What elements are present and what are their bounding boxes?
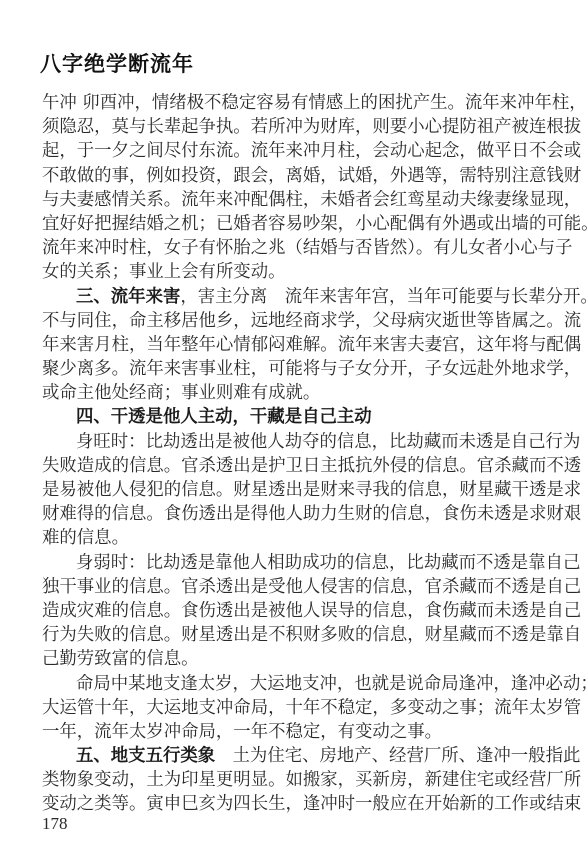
text-line: 或命主他处经商；事业则难有成就。 [42,381,568,405]
section-heading-three: 三、流年来害，害主分离 流年来害年宫，当年可能要与长辈分开。 [42,285,568,309]
text-line: 财难得的信息。食伤透出是得他人助力生财的信息，食伤未透是求财艰 [42,502,568,526]
text-line: 午冲 卯酉冲，情绪极不稳定容易有情感上的困扰产生。流年来冲年柱， [42,91,568,115]
text-line: 起，于一夕之间尽付东流。流年来冲月柱，会动心起念，做平日不会或 [42,139,568,163]
text-line: 须隐忍，莫与长辈起争执。若所冲为财库，则要小心提防祖产被连根拔 [42,115,568,139]
text-line: 一年，流年太岁冲命局，一年不稳定，有变动之事。 [42,720,568,744]
text-line: 不敢做的事，例如投资，跟会，离婚，试婚，外遇等，需特别注意钱财 [42,164,568,188]
text-line: 聚少离多。流年来害事业柱，可能将与子女分开，子女远赴外地求学， [42,357,568,381]
text-line: 失败造成的信息。官杀透出是护卫日主抵抗外侵的信息。官杀藏而不透 [42,454,568,478]
text-line: 女的关系；事业上会有所变动。 [42,260,568,284]
text-line: 流年来冲时柱，女子有怀胎之兆（结婚与否皆然）。有儿女者小心与子 [42,236,568,260]
text-line: 难的信息。 [42,526,568,550]
text-line: 变动之类等。寅申巳亥为四长生，逢冲时一般应在开始新的工作或结束 [42,792,568,816]
text-line: 独干事业的信息。官杀透出是受他人侵害的信息，官杀藏而不透是自己 [42,575,568,599]
section-heading-four: 四、干透是他人主动，干藏是自己主动 [42,405,568,429]
page-number: 178 [42,814,68,834]
text-line: 与夫妻感情关系。流年来冲配偶柱，未婚者会红鸾星动夫缘妻缘显现， [42,188,568,212]
page-title: 八字绝学断流年 [40,48,194,78]
section-text: ，害主分离 流年来害年宫，当年可能要与长辈分开。 [180,287,587,307]
text-line: 身旺时：比劫透出是被他人劫夺的信息，比劫藏而未透是自己行为 [42,430,568,454]
section-text: 土为住宅、房地产、经营厂所、逢冲一般指此 [215,746,580,766]
text-line: 宜好好把握结婚之机；已婚者容易吵架，小心配偶有外遇或出墙的可能。 [42,212,568,236]
text-line: 身弱时：比劫透是靠他人相助成功的信息，比劫藏而不透是靠自己 [42,551,568,575]
section-title: 五、地支五行类象 [76,746,215,766]
text-line: 类物象变动，土为印星更明显。如搬家，买新房，新建住宅或经营厂所 [42,768,568,792]
section-title: 四、干透是他人主动，干藏是自己主动 [76,407,372,427]
text-line: 造成灾难的信息。食伤透出是被他人误导的信息，食伤藏而未透是自己 [42,599,568,623]
text-line: 年来害月柱，当年整年心情郁闷难解。流年来害夫妻宫，这年将与配偶 [42,333,568,357]
text-line: 行为失败的信息。财星透出是不积财多败的信息，财星藏而不透是靠自 [42,623,568,647]
text-line: 不与同住，命主移居他乡，远地经商求学，父母病灾逝世等皆属之。流 [42,309,568,333]
section-heading-five: 五、地支五行类象 土为住宅、房地产、经营厂所、逢冲一般指此 [42,744,568,768]
text-line: 是易被他人侵犯的信息。财星透出是财来寻我的信息，财星藏干透是求 [42,478,568,502]
text-line: 己勤劳致富的信息。 [42,647,568,671]
text-line: 大运管十年，大运地支冲命局，十年不稳定，多变动之事；流年太岁管 [42,696,568,720]
body-text: 午冲 卯酉冲，情绪极不稳定容易有情感上的困扰产生。流年来冲年柱， 须隐忍，莫与长… [42,91,568,817]
section-title: 三、流年来害 [76,287,180,307]
text-line: 命局中某地支逢太岁，大运地支冲，也就是说命局逢冲，逢冲必动； [42,672,568,696]
